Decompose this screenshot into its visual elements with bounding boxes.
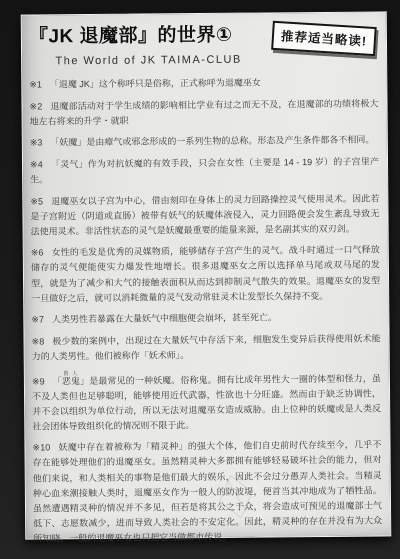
note-10: ※10妖魔中存在着被称为「精灵种」的强大个体，他们自史前时代存续至今，几乎不存在… [32,438,382,547]
note-marker: ※2 [29,101,42,111]
note-4: ※4「灵气」作为对抗妖魔的有效手段，只会在女性（主要是 14 - 19 岁）的子… [30,154,379,187]
notes-list: ※1「退魔 JK」这个称呼只是俗称，正式称呼为退魔巫女※2退魔部活动对于学生成绩… [29,74,382,546]
note-marker: ※5 [30,196,43,206]
note-marker: ※7 [31,315,44,325]
note-marker: ※10 [32,443,50,453]
note-5: ※5退魔巫女以子宫为中心，借由刻印在身体上的灵力回路操控灵气使用灵术。因此若是子… [30,191,379,239]
scan-background: 『JK 退魔部』的世界① 推荐适当略读! The World of JK TAI… [0,0,400,559]
page-subtitle: The World of JK TAIMA-CLUB [41,54,256,68]
note-marker: ※8 [32,336,45,346]
note-2: ※2退魔部活动对于学生成绩的影响相比学业有过之而无不及，在退魔部的功绩将极大地左… [29,96,378,129]
note-marker: ※6 [31,248,44,258]
note-marker: ※1 [29,79,42,89]
note-marker: ※4 [30,159,43,169]
recommendation-badge: 推荐适当略读! [271,21,377,56]
note-7: ※7人类男性若暴露在大量妖气中细胞便会崩坏，甚至死亡。 [31,310,380,328]
note-marker: ※3 [30,138,43,148]
ruby-annotation: 恶鬼兽人 [62,376,80,386]
note-8: ※8极少数的案例中，出现过在大量妖气中存活下来，细胞发生变异后获得使用妖术能力的… [32,331,381,364]
note-9: ※9「恶鬼兽人」是最常见的一种妖魔。俗称鬼。拥有比成年男性大一圈的体型和怪力，虽… [32,368,382,434]
note-6: ※6女性的毛发是优秀的灵媒物质，能够储存子宫产生的灵气。战斗时通过一口气释放储存… [31,243,381,306]
document-page: 『JK 退魔部』的世界① 推荐适当略读! The World of JK TAI… [21,11,392,539]
note-marker: ※9 [32,376,45,386]
note-3: ※3「妖魔」是由瘴气或邪念形成的一系列生物的总称。形态及产生条件都各不相同。 [30,133,379,151]
note-1: ※1「退魔 JK」这个称呼只是俗称，正式称呼为退魔巫女 [29,74,378,92]
title-row: 『JK 退魔部』的世界① 推荐适当略读! [29,21,378,54]
